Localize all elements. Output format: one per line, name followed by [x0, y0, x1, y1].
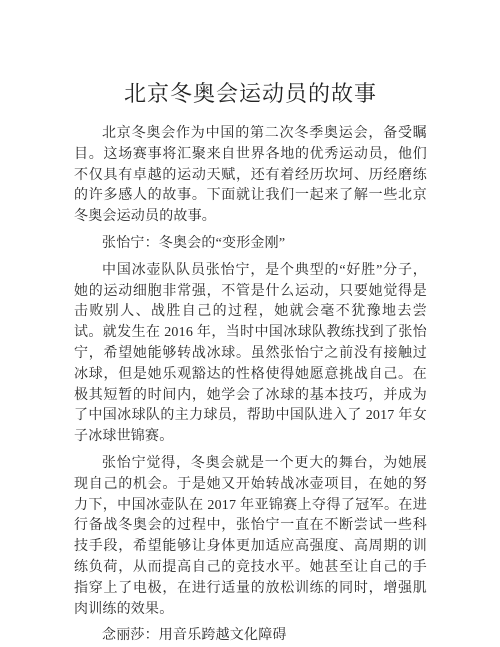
body-paragraph: 北京冬奥会作为中国的第二次冬季奥运会，备受瞩目。这场赛事将汇聚来自世界各地的优秀… [74, 124, 427, 228]
section-heading: 张怡宁：冬奥会的“变形金刚” [74, 234, 427, 255]
document-page: 北京冬奥会运动员的故事 北京冬奥会作为中国的第二次冬季奥运会，备受瞩目。这场赛事… [0, 0, 500, 647]
body-paragraph: 中国冰壶队队员张怡宁，是个典型的“好胜”分子，她的运动细胞非常强，不管是什么运动… [74, 261, 427, 448]
section-heading: 念丽莎：用音乐跨越文化障碍 [74, 626, 427, 647]
page: { "page": { "background": "#ffffff", "te… [0, 0, 500, 647]
document-body: 北京冬奥会作为中国的第二次冬季奥运会，备受瞩目。这场赛事将汇聚来自世界各地的优秀… [74, 124, 427, 647]
document-title: 北京冬奥会运动员的故事 [74, 80, 427, 108]
body-paragraph: 张怡宁觉得，冬奥会就是一个更大的舞台，为她展现自己的机会。于是她又开始转战冰壶项… [74, 454, 427, 620]
